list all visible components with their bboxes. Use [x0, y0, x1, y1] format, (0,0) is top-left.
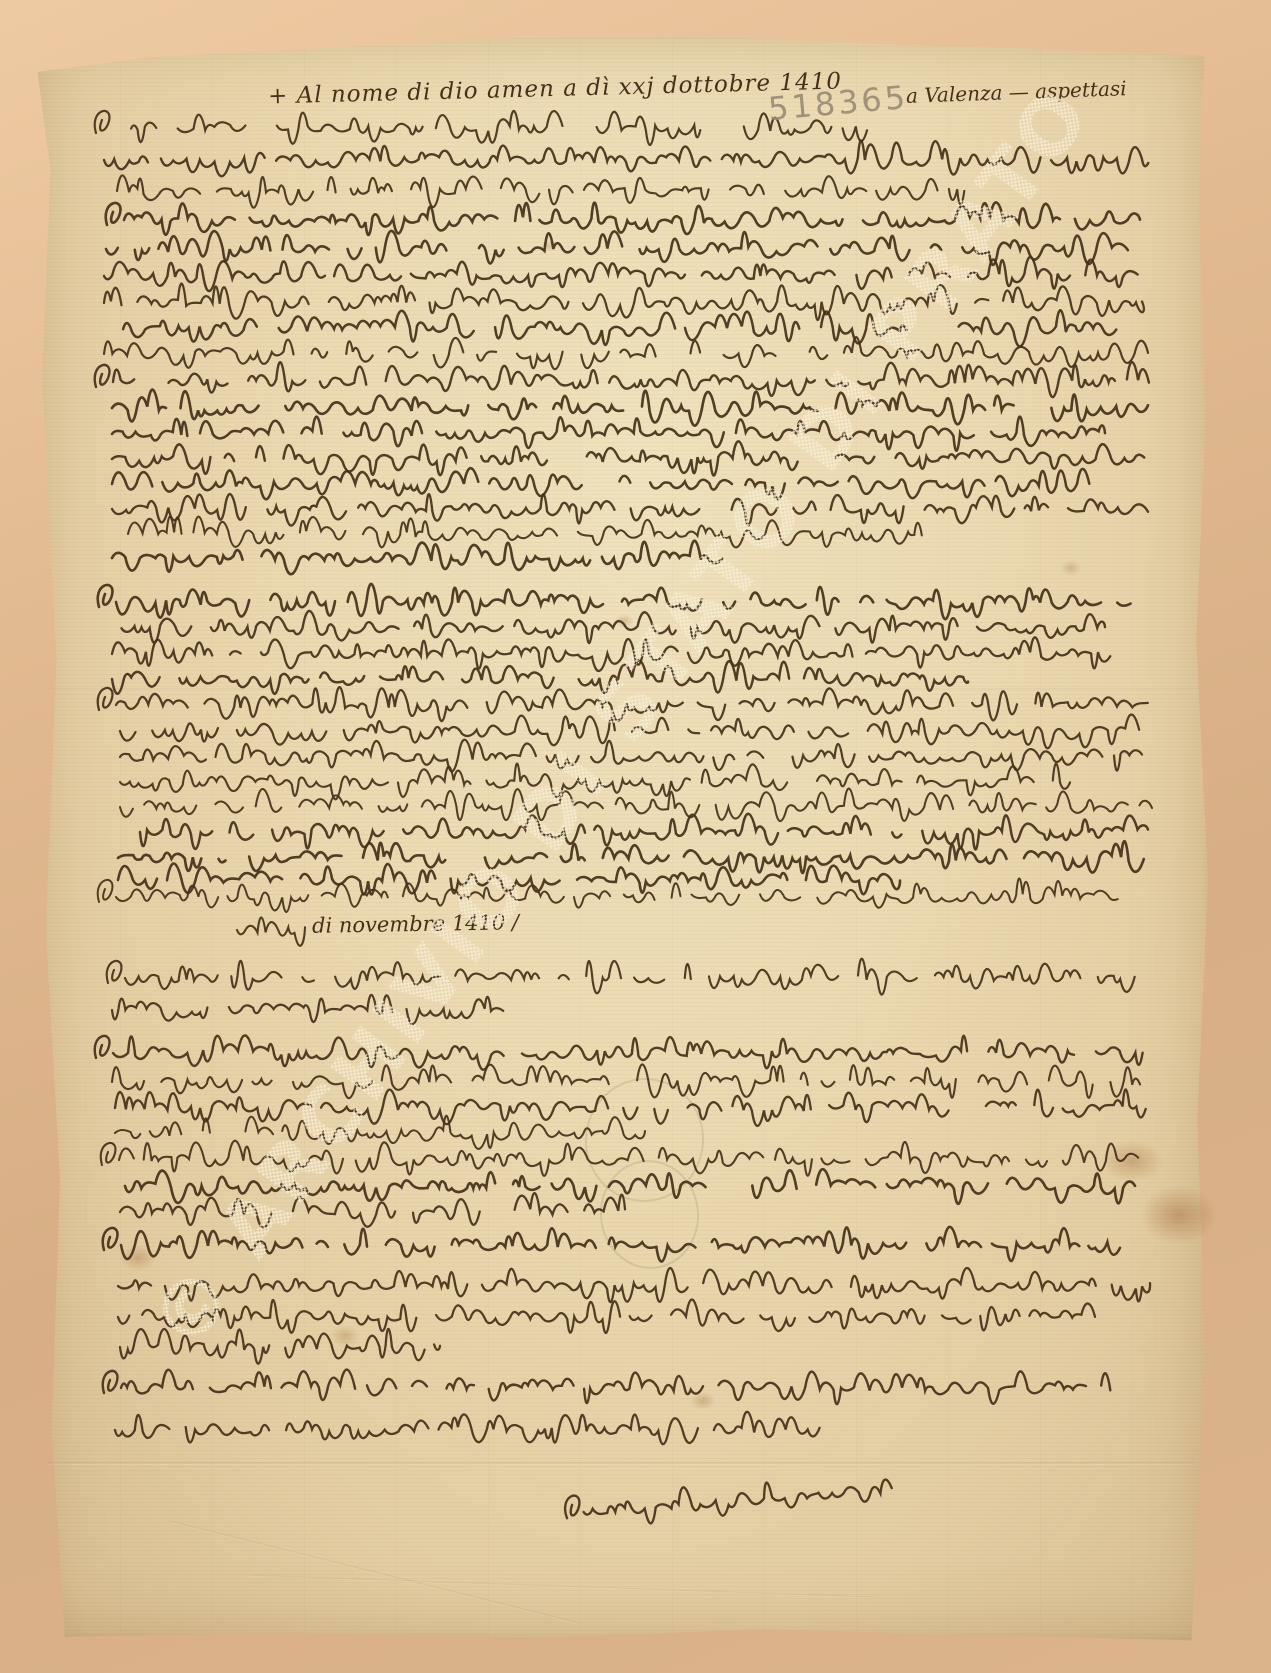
manuscript-line [104, 956, 1136, 992]
signature-line [561, 1469, 893, 1528]
manuscript-line [95, 875, 1120, 911]
scan-background: + Al nome di dio amen a dì xxj dottobre … [0, 0, 1271, 1673]
manuscript-line [120, 1190, 625, 1226]
manuscript-line [115, 1408, 835, 1444]
handwriting-layer [0, 0, 1271, 1673]
manuscript-line [112, 536, 722, 572]
manuscript-line [120, 1325, 440, 1361]
manuscript-line [100, 1366, 1125, 1402]
manuscript-line [112, 988, 505, 1024]
manuscript-line [92, 106, 868, 142]
dateline: di novembre 1410 / [312, 910, 519, 938]
manuscript-line [237, 908, 305, 944]
manuscript-line [100, 1223, 1120, 1259]
